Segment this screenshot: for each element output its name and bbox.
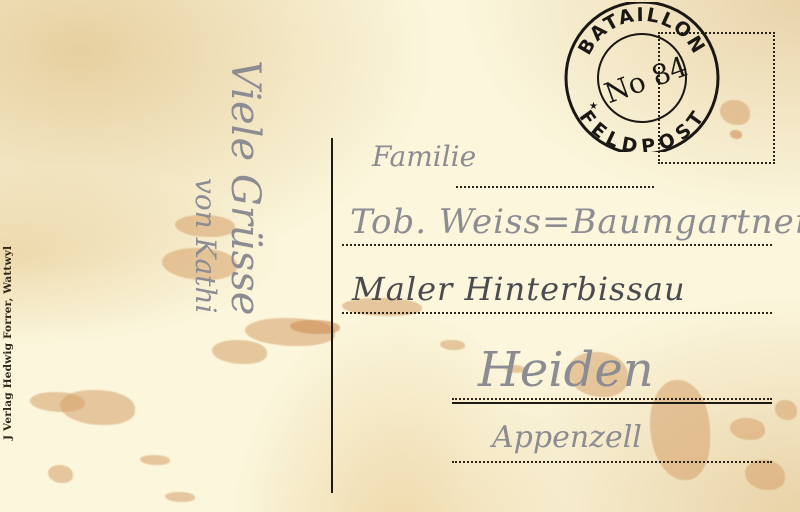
address-line-5-rule [452, 461, 772, 463]
stain [745, 460, 785, 490]
address-line-3: Maler Hinterbissau [352, 270, 686, 308]
postmark-star-icon: ★ [589, 101, 598, 112]
greeting-line-1: Viele Grüsse [222, 60, 268, 315]
stain [48, 465, 73, 483]
address-line-1-rule [456, 186, 654, 188]
stain [60, 390, 135, 425]
address-line-4-rule [452, 398, 772, 400]
stain [165, 492, 195, 502]
svg-text:FELDPOST: FELDPOST [575, 106, 710, 152]
address-line-5: Appenzell [492, 420, 642, 455]
address-line-2-rule [342, 244, 772, 246]
stain [440, 340, 465, 350]
stain [730, 418, 765, 440]
stain [650, 380, 710, 480]
svg-text:BATAILLON: BATAILLON [574, 4, 710, 59]
publisher-imprint: J Verlag Hedwig Forrer, Wattwyl [2, 246, 14, 440]
postmark-top-text: BATAILLON [574, 4, 710, 59]
postcard-back: J Verlag Hedwig Forrer, Wattwyl Viele Gr… [0, 0, 800, 512]
stain [140, 455, 170, 465]
address-line-4: Heiden [478, 342, 654, 398]
postmark-icon: BATAILLON FELDPOST ★ No 84 [563, 2, 723, 152]
postmark-bottom-text: FELDPOST [575, 106, 710, 152]
address-line-1: Familie [372, 140, 476, 173]
address-line-2: Tob. Weiss=Baumgartner [350, 202, 800, 242]
greeting-line-2: von Kathi [189, 178, 222, 313]
center-divider [331, 138, 333, 493]
address-line-3-rule [342, 312, 772, 314]
address-line-4-underline [452, 402, 772, 404]
postmark-number: No 84 [600, 50, 692, 110]
stain [775, 400, 797, 420]
stain [212, 340, 267, 364]
